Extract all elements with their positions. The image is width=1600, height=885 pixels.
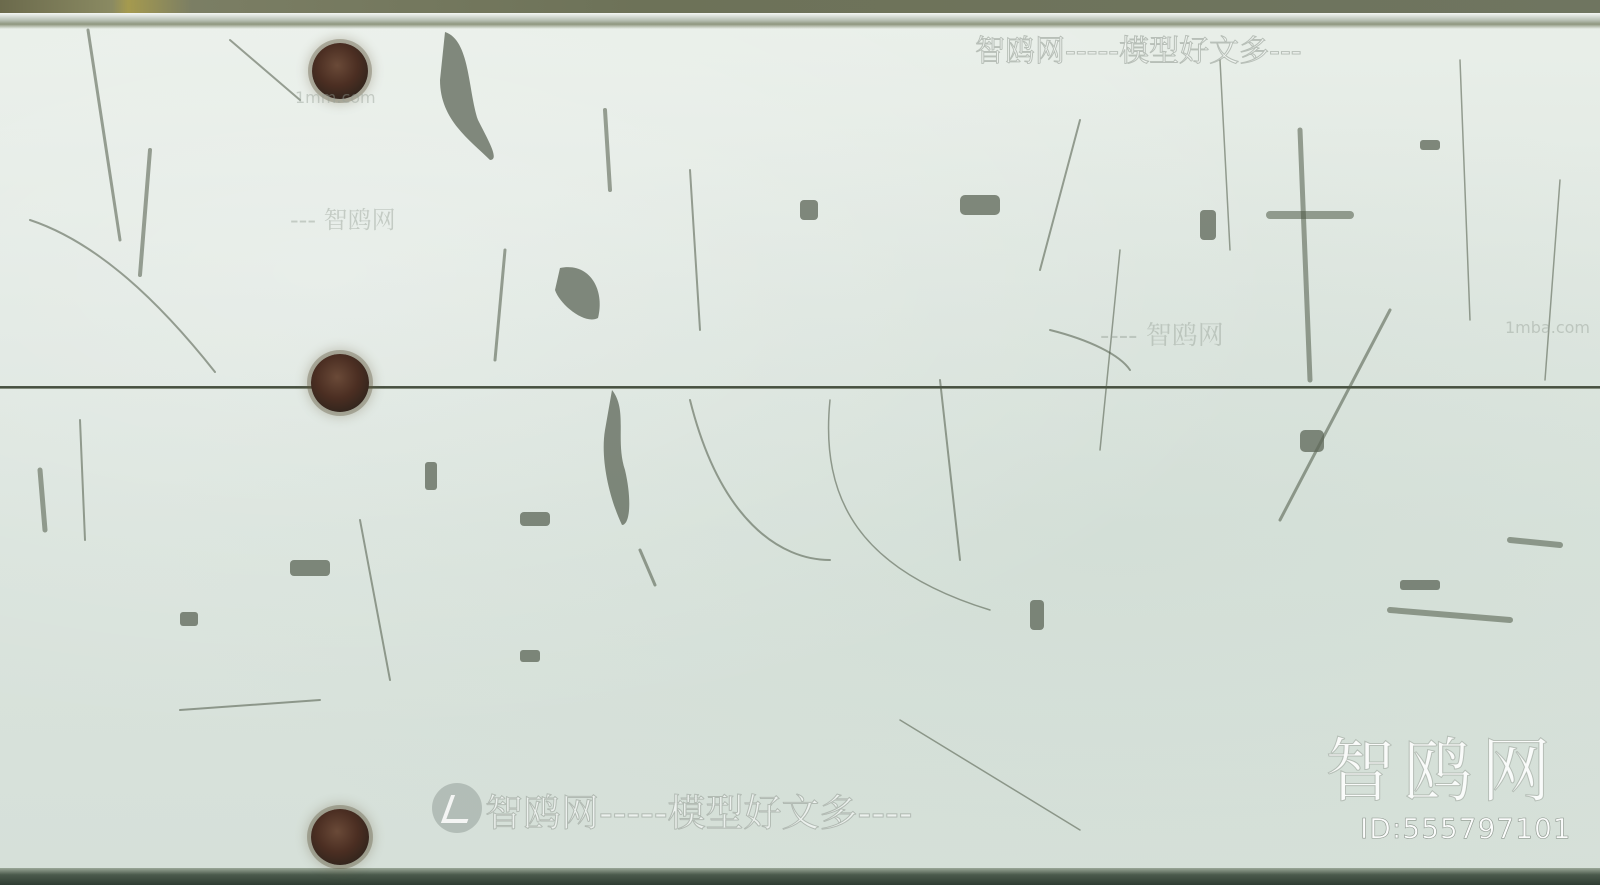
watermark-brand: 智鸥网: [1325, 715, 1559, 816]
watermark-small-2: --- 智鸥网: [290, 200, 396, 235]
watermark-id: ID:555797101: [1360, 812, 1572, 845]
watermark-small-3: 1mba.com: [1505, 318, 1590, 337]
watermark-small-1: 1mm.com: [295, 88, 376, 107]
rivet-bottom: [311, 809, 369, 865]
watermark-logo-icon: [432, 783, 482, 833]
rivet-middle: [311, 354, 369, 412]
watermark-slogan-top: 智鸥网-----模型好文多---: [975, 26, 1302, 70]
watermark-small-4: ---- 智鸥网: [1100, 315, 1224, 352]
watermark-slogan-bottom: 智鸥网-----模型好文多----: [485, 782, 912, 837]
